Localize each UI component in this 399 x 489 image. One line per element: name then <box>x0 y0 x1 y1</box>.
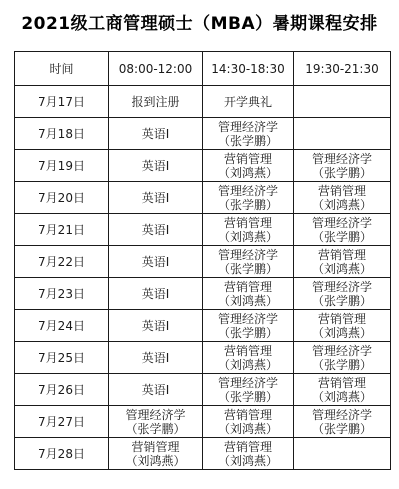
course-cell: 英语I <box>109 310 203 342</box>
column-header-morning: 08:00-12:00 <box>109 52 203 86</box>
course-line: （刘鸿燕） <box>294 198 390 212</box>
column-header-time: 时间 <box>15 52 109 86</box>
course-line: 管理经济学 <box>203 248 293 262</box>
course-line: 管理经济学 <box>203 184 293 198</box>
page-title: 2021级工商管理硕士（MBA）暑期课程安排 <box>0 12 399 36</box>
course-cell: 营销管理（刘鸿燕） <box>294 310 391 342</box>
course-cell: 英语I <box>109 374 203 406</box>
course-cell: 英语I <box>109 246 203 278</box>
course-cell: 英语I <box>109 150 203 182</box>
course-cell: 管理经济学（张学鹏） <box>294 278 391 310</box>
course-line: 英语I <box>109 255 202 269</box>
course-cell: 营销管理（刘鸿燕） <box>203 150 294 182</box>
course-line: （张学鹏） <box>203 198 293 212</box>
course-cell: 营销管理（刘鸿燕） <box>203 438 294 470</box>
course-cell: 管理经济学（张学鹏） <box>294 406 391 438</box>
course-line: 营销管理 <box>203 408 293 422</box>
table-row: 7月28日营销管理（刘鸿燕）营销管理（刘鸿燕） <box>15 438 391 470</box>
course-cell: 营销管理（刘鸿燕） <box>203 214 294 246</box>
date-cell: 7月27日 <box>15 406 109 438</box>
course-cell: 英语I <box>109 342 203 374</box>
course-line: （刘鸿燕） <box>294 390 390 404</box>
course-line: 英语I <box>109 351 202 365</box>
course-line: （刘鸿燕） <box>203 230 293 244</box>
date-cell: 7月18日 <box>15 118 109 150</box>
header-row: 时间 08:00-12:00 14:30-18:30 19:30-21:30 <box>15 52 391 86</box>
course-line: （张学鹏） <box>203 390 293 404</box>
course-line: 管理经济学 <box>294 408 390 422</box>
course-line: 管理经济学 <box>109 408 202 422</box>
course-line: （刘鸿燕） <box>294 326 390 340</box>
course-line: （张学鹏） <box>203 134 293 148</box>
course-cell: 营销管理（刘鸿燕） <box>203 278 294 310</box>
course-line: （张学鹏） <box>203 326 293 340</box>
course-line: 英语I <box>109 191 202 205</box>
course-line: 管理经济学 <box>203 312 293 326</box>
course-cell: 英语I <box>109 182 203 214</box>
course-cell: 管理经济学（张学鹏） <box>203 118 294 150</box>
date-cell: 7月23日 <box>15 278 109 310</box>
table-row: 7月17日报到注册开学典礼 <box>15 86 391 118</box>
course-line: （刘鸿燕） <box>294 262 390 276</box>
course-line: （刘鸿燕） <box>203 294 293 308</box>
course-cell: 管理经济学（张学鹏） <box>294 342 391 374</box>
course-cell: 管理经济学（张学鹏） <box>203 182 294 214</box>
course-line: 营销管理 <box>203 440 293 454</box>
course-line: （张学鹏） <box>294 230 390 244</box>
table-row: 7月26日英语I管理经济学（张学鹏）营销管理（刘鸿燕） <box>15 374 391 406</box>
schedule-body: 7月17日报到注册开学典礼7月18日英语I管理经济学（张学鹏）7月19日英语I营… <box>15 86 391 470</box>
table-row: 7月22日英语I管理经济学（张学鹏）营销管理（刘鸿燕） <box>15 246 391 278</box>
table-row: 7月27日管理经济学（张学鹏）营销管理（刘鸿燕）管理经济学（张学鹏） <box>15 406 391 438</box>
table-row: 7月21日英语I营销管理（刘鸿燕）管理经济学（张学鹏） <box>15 214 391 246</box>
course-cell <box>294 86 391 118</box>
course-line: 英语I <box>109 127 202 141</box>
course-line: （张学鹏） <box>203 262 293 276</box>
course-line: （张学鹏） <box>294 422 390 436</box>
table-row: 7月25日英语I营销管理（刘鸿燕）管理经济学（张学鹏） <box>15 342 391 374</box>
course-line: 管理经济学 <box>203 120 293 134</box>
course-cell: 营销管理（刘鸿燕） <box>109 438 203 470</box>
course-line: 管理经济学 <box>294 280 390 294</box>
course-line: （张学鹏） <box>294 358 390 372</box>
course-cell: 英语I <box>109 118 203 150</box>
course-cell: 营销管理（刘鸿燕） <box>294 374 391 406</box>
course-line: 营销管理 <box>294 376 390 390</box>
course-line: （刘鸿燕） <box>203 422 293 436</box>
date-cell: 7月26日 <box>15 374 109 406</box>
table-row: 7月19日英语I营销管理（刘鸿燕）管理经济学（张学鹏） <box>15 150 391 182</box>
course-line: 营销管理 <box>203 344 293 358</box>
date-cell: 7月21日 <box>15 214 109 246</box>
course-cell <box>294 438 391 470</box>
course-cell: 营销管理（刘鸿燕） <box>294 182 391 214</box>
course-line: 英语I <box>109 223 202 237</box>
course-line: 英语I <box>109 159 202 173</box>
course-line: 英语I <box>109 383 202 397</box>
course-cell: 管理经济学（张学鹏） <box>109 406 203 438</box>
course-line: 管理经济学 <box>294 344 390 358</box>
course-line: 营销管理 <box>203 152 293 166</box>
date-cell: 7月28日 <box>15 438 109 470</box>
course-line: 英语I <box>109 287 202 301</box>
course-line: （刘鸿燕） <box>203 358 293 372</box>
course-line: 开学典礼 <box>203 95 293 109</box>
course-line: 营销管理 <box>294 248 390 262</box>
course-line: 营销管理 <box>294 312 390 326</box>
course-cell: 管理经济学（张学鹏） <box>294 214 391 246</box>
course-cell: 管理经济学（张学鹏） <box>203 246 294 278</box>
course-line: 报到注册 <box>109 95 202 109</box>
table-row: 7月24日英语I管理经济学（张学鹏）营销管理（刘鸿燕） <box>15 310 391 342</box>
course-line: （张学鹏） <box>294 294 390 308</box>
column-header-afternoon: 14:30-18:30 <box>203 52 294 86</box>
date-cell: 7月25日 <box>15 342 109 374</box>
date-cell: 7月24日 <box>15 310 109 342</box>
course-cell <box>294 118 391 150</box>
course-cell: 英语I <box>109 278 203 310</box>
course-line: 营销管理 <box>109 440 202 454</box>
course-cell: 营销管理（刘鸿燕） <box>203 342 294 374</box>
course-cell: 管理经济学（张学鹏） <box>294 150 391 182</box>
course-cell: 英语I <box>109 214 203 246</box>
course-line: 管理经济学 <box>294 216 390 230</box>
course-cell: 报到注册 <box>109 86 203 118</box>
course-cell: 管理经济学（张学鹏） <box>203 374 294 406</box>
course-line: （刘鸿燕） <box>109 454 202 468</box>
course-cell: 开学典礼 <box>203 86 294 118</box>
table-row: 7月18日英语I管理经济学（张学鹏） <box>15 118 391 150</box>
course-line: （刘鸿燕） <box>203 454 293 468</box>
course-cell: 营销管理（刘鸿燕） <box>294 246 391 278</box>
course-line: 管理经济学 <box>203 376 293 390</box>
course-line: （刘鸿燕） <box>203 166 293 180</box>
course-cell: 营销管理（刘鸿燕） <box>203 406 294 438</box>
table-row: 7月20日英语I管理经济学（张学鹏）营销管理（刘鸿燕） <box>15 182 391 214</box>
course-cell: 管理经济学（张学鹏） <box>203 310 294 342</box>
date-cell: 7月19日 <box>15 150 109 182</box>
course-line: 营销管理 <box>203 216 293 230</box>
table-row: 7月23日英语I营销管理（刘鸿燕）管理经济学（张学鹏） <box>15 278 391 310</box>
course-line: 营销管理 <box>203 280 293 294</box>
course-line: 管理经济学 <box>294 152 390 166</box>
schedule-table: 时间 08:00-12:00 14:30-18:30 19:30-21:30 7… <box>14 51 391 470</box>
course-line: （张学鹏） <box>294 166 390 180</box>
date-cell: 7月22日 <box>15 246 109 278</box>
column-header-evening: 19:30-21:30 <box>294 52 391 86</box>
page: 2021级工商管理硕士（MBA）暑期课程安排 时间 08:00-12:00 14… <box>0 0 399 489</box>
date-cell: 7月20日 <box>15 182 109 214</box>
course-line: 英语I <box>109 319 202 333</box>
course-line: 营销管理 <box>294 184 390 198</box>
course-line: （张学鹏） <box>109 422 202 436</box>
date-cell: 7月17日 <box>15 86 109 118</box>
